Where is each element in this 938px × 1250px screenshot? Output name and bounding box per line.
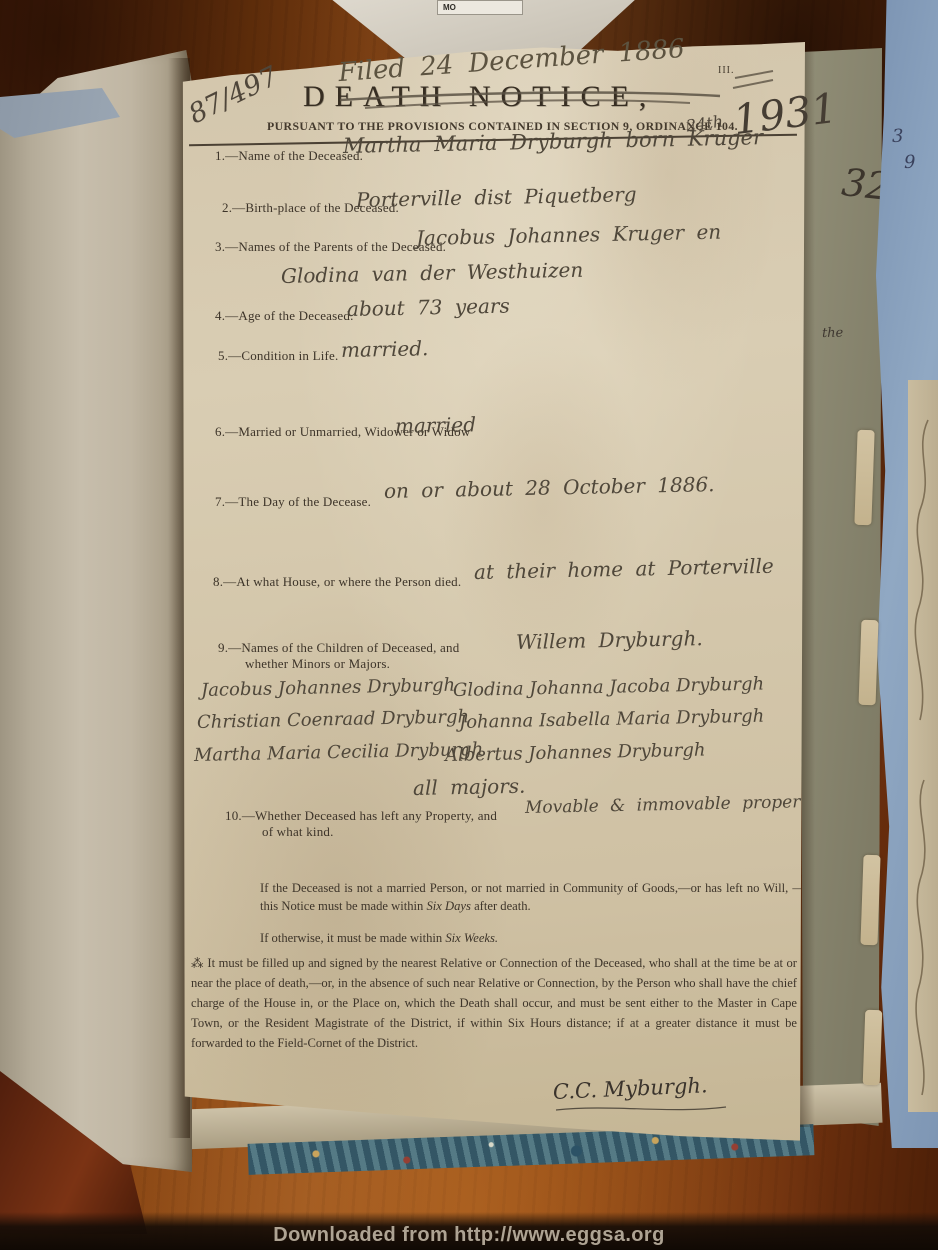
- side-word: the: [822, 326, 844, 341]
- asterism-mark: ⁂: [191, 956, 204, 970]
- blue-page-digit: 9: [904, 152, 916, 173]
- form-item-label-line2: of what kind.: [262, 824, 334, 840]
- signature-flourish-icon: [551, 1102, 731, 1116]
- children-row: Martha Maria Cecilia Dryburgh Albertus J…: [181, 745, 805, 771]
- form-item-label: 10.—Whether Deceased has left any Proper…: [225, 808, 497, 824]
- copyright-sticker: MO: [437, 0, 523, 15]
- children-row: Jacobus Johannes Dryburgh Glodina Johann…: [181, 680, 805, 706]
- form-item-label: 9.—Names of the Children of Deceased, an…: [218, 640, 459, 656]
- underlying-page-cream: [908, 380, 938, 1112]
- repair-tape: [854, 430, 874, 526]
- watermark-bar: Downloaded from http://www.eggsa.org: [0, 1212, 938, 1250]
- form-item-label: 3.—Names of the Parents of the Deceased.: [215, 239, 446, 255]
- form-item-label: 5.—Condition in Life.: [218, 348, 338, 364]
- form-item-value: Movable & immovable property.: [525, 792, 820, 818]
- repair-tape: [859, 620, 879, 706]
- child-name: Johanna Isabella Maria Dryburgh: [459, 706, 765, 733]
- form-item-value: about 73 years: [347, 294, 510, 321]
- sticker-label: MO: [443, 3, 456, 12]
- footnote-emphasis: Six Weeks.: [445, 931, 498, 945]
- form-item-value: Porterville dist Piquetberg: [356, 182, 637, 212]
- form-item-value: at their home at Porterville: [474, 554, 774, 584]
- form-item-label: 4.—Age of the Deceased.: [215, 308, 354, 324]
- footnote-instructions: ⁂ It must be filled up and signed by the…: [191, 954, 797, 1053]
- form-item-label-line2: whether Minors or Majors.: [245, 656, 390, 672]
- blue-page-digit: 3: [892, 126, 904, 147]
- form-item-label: 8.—At what House, or where the Person di…: [213, 574, 461, 590]
- child-name: Albertus Johannes Dryburgh: [445, 740, 706, 766]
- footnote-six-days: If the Deceased is not a married Person,…: [260, 880, 805, 916]
- pen-strike-marks-icon: [320, 70, 790, 130]
- repair-tape: [860, 855, 880, 946]
- form-item-value-line2: Glodina van der Westhuizen: [281, 258, 584, 288]
- form-item-value: married: [395, 412, 477, 438]
- children-row: Christian Coenraad Dryburgh Johanna Isab…: [181, 712, 805, 738]
- photo-of-death-notice: MO 32 the 3 9 DEATH NOTICE, PURSUANT TO …: [0, 0, 938, 1250]
- repair-tape: [863, 1010, 883, 1086]
- child-name: Glodina Johanna Jacoba Dryburgh: [453, 673, 765, 701]
- child-name: Christian Coenraad Dryburgh: [197, 706, 470, 733]
- form-item-label: 1.—Name of the Deceased.: [215, 148, 363, 164]
- footnote-text: after death.: [471, 899, 531, 913]
- children-majors-note: all majors.: [413, 774, 526, 800]
- death-notice-page: DEATH NOTICE, PURSUANT TO THE PROVISIONS…: [181, 42, 805, 1145]
- facing-page-stack: [0, 50, 192, 1172]
- form-item-value: Willem Dryburgh.: [516, 626, 703, 654]
- form-item-value: married.: [341, 336, 429, 362]
- footnote-text: If the Deceased is not a married Person,…: [260, 881, 805, 913]
- cursive-scribble-icon: [908, 380, 938, 1112]
- footnote-emphasis: Six Days: [427, 899, 471, 913]
- child-name: Martha Maria Cecilia Dryburgh: [194, 739, 484, 766]
- form-item-label: 7.—The Day of the Decease.: [215, 494, 371, 510]
- footnote-six-weeks: If otherwise, it must be made within Six…: [260, 930, 805, 948]
- footnote-text: It must be filled up and signed by the n…: [191, 956, 797, 1050]
- watermark-text: Downloaded from http://www.eggsa.org: [273, 1220, 664, 1250]
- footnote-text: If otherwise, it must be made within: [260, 931, 445, 945]
- form-item-value: Jacobus Johannes Kruger en: [416, 220, 722, 250]
- signature: C.C. Myburgh.: [552, 1073, 708, 1104]
- child-name: Jacobus Johannes Dryburgh: [201, 675, 456, 701]
- form-item-value: on or about 28 October 1886.: [384, 472, 715, 503]
